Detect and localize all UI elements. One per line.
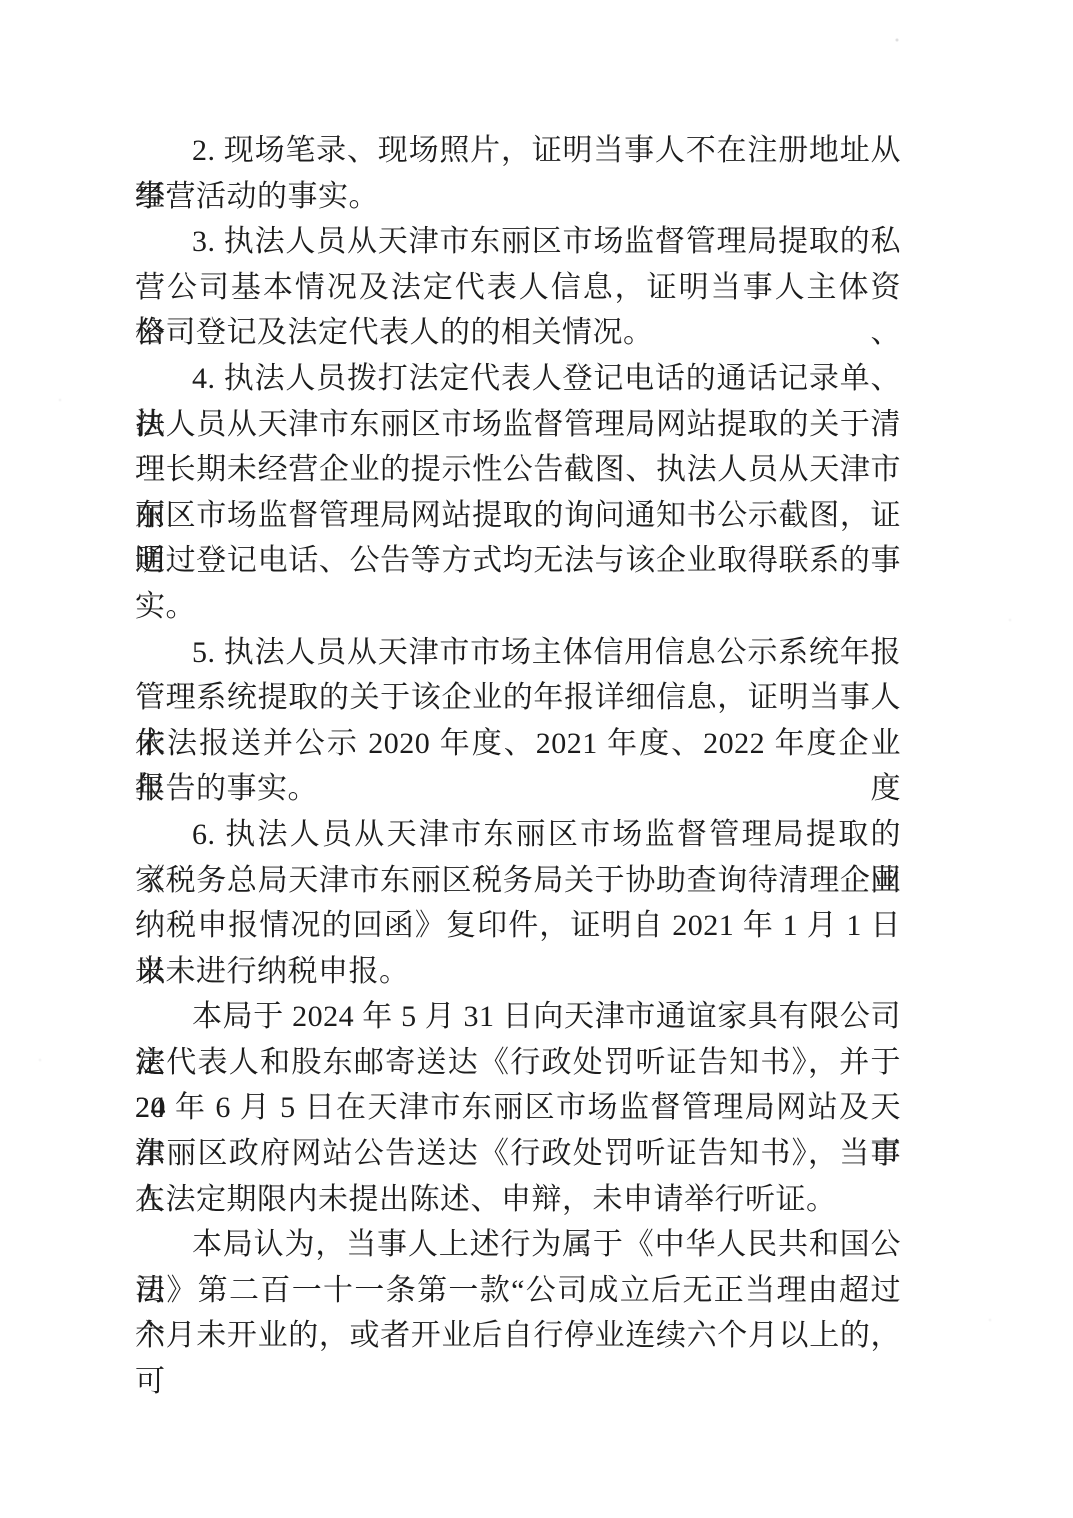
text-line: 法》第二百一十一条第一款“公司成立后无正当理由超过六 xyxy=(135,1268,901,1314)
text-line: 2. 现场笔录、现场照片，证明当事人不在注册地址从事 xyxy=(135,128,901,174)
text-line: 经营活动的事实。 xyxy=(135,174,901,220)
text-line: 定代表人和股东邮寄送达《行政处罚听证告知书》，并于 20 xyxy=(135,1040,901,1086)
text-line: 理长期未经营企业的提示性公告截图、执法人员从天津市东 xyxy=(135,447,901,493)
text-line: 家税务总局天津市东丽区税务局关于协助查询待清理企业 xyxy=(135,858,901,904)
text-line: 依法报送并公示 2020 年度、2021 年度、2022 年度企业年度 xyxy=(135,721,901,767)
document-body: 2. 现场笔录、现场照片，证明当事人不在注册地址从事经营活动的事实。3. 执法人… xyxy=(135,128,901,1359)
text-line: 来未进行纳税申报。 xyxy=(135,949,901,995)
text-line: 在法定期限内未提出陈述、申辩，未申请举行听证。 xyxy=(135,1177,901,1223)
text-line: 4. 执法人员拨打法定代表人登记电话的通话记录单、执 xyxy=(135,356,901,402)
text-line: 东丽区政府网站公告送达《行政处罚听证告知书》，当事人 xyxy=(135,1131,901,1177)
text-line: 5. 执法人员从天津市市场主体信用信息公示系统年报 xyxy=(135,630,901,676)
text-line: 3. 执法人员从天津市东丽区市场监督管理局提取的私 xyxy=(135,219,901,265)
text-line: 本局认为，当事人上述行为属于《中华人民共和国公司 xyxy=(135,1222,901,1268)
document-page: 2. 现场笔录、现场照片，证明当事人不在注册地址从事经营活动的事实。3. 执法人… xyxy=(0,0,1073,1518)
text-line: 纳税申报情况的回函》复印件，证明自 2021 年 1 月 1 日以 xyxy=(135,903,901,949)
text-line: 24 年 6 月 5 日在天津市东丽区市场监督管理局网站及天津市 xyxy=(135,1085,901,1131)
text-line: 6. 执法人员从天津市东丽区市场监督管理局提取的《国 xyxy=(135,812,901,858)
text-line: 营公司基本情况及法定代表人信息，证明当事人主体资格、 xyxy=(135,265,901,311)
text-line: 通过登记电话、公告等方式均无法与该企业取得联系的事 xyxy=(135,538,901,584)
text-line: 个月未开业的，或者开业后自行停业连续六个月以上的，可 xyxy=(135,1313,901,1359)
text-line: 实。 xyxy=(135,584,901,630)
text-line: 法人员从天津市东丽区市场监督管理局网站提取的关于清 xyxy=(135,402,901,448)
text-line: 管理系统提取的关于该企业的年报详细信息，证明当事人未 xyxy=(135,675,901,721)
text-line: 本局于 2024 年 5 月 31 日向天津市通谊家具有限公司法 xyxy=(135,994,901,1040)
text-line: 丽区市场监督管理局网站提取的询问通知书公示截图，证明 xyxy=(135,493,901,539)
